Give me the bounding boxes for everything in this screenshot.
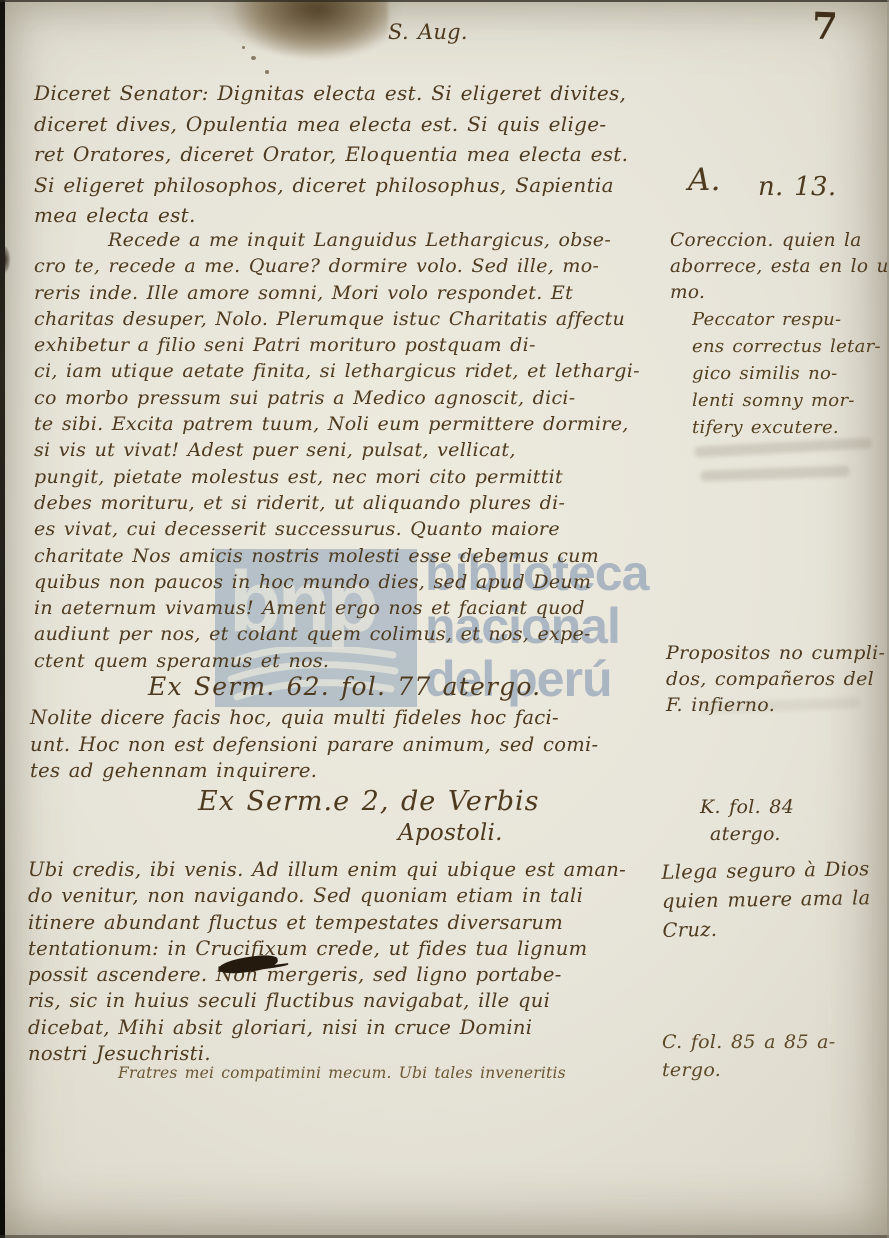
stain-speckle xyxy=(251,56,256,60)
citation-serm-62: Ex Serm. 62. fol. 77 atergo. xyxy=(148,672,541,701)
text-line: quien muere ama la xyxy=(662,883,871,916)
margin-ref-c-fol-85: C. fol. 85 a 85 a-tergo. xyxy=(662,1028,836,1084)
text-line: F. infierno. xyxy=(666,692,885,718)
section-heading-line1: Ex Serm.e 2, de Verbis xyxy=(198,786,540,817)
section-heading-line2: Apostoli. xyxy=(398,820,503,846)
margin-ref-k-fol-84: K. fol. 84atergo. xyxy=(700,794,794,848)
text-line: tergo. xyxy=(662,1056,836,1084)
text-line: charitate Nos amicis nostris molesti ess… xyxy=(34,543,678,569)
text-line: audiunt per nos, et colant quem colimus,… xyxy=(34,621,678,647)
text-line: lenti somny mor- xyxy=(692,387,881,414)
text-line: si vis ut vivat! Adest puer seni, pulsat… xyxy=(34,437,678,463)
text-line: ret Oratores, diceret Orator, Eloquentia… xyxy=(34,139,676,170)
text-line: diceret dives, Opulentia mea electa est.… xyxy=(34,109,676,140)
folio-number: 7 xyxy=(811,4,838,49)
text-line: mo. xyxy=(670,280,889,306)
text-line: tes ad gehennam inquirere. xyxy=(30,758,676,785)
text-line: es vivat, cui decesserit successurus. Qu… xyxy=(34,516,678,542)
text-line: Peccator respu- xyxy=(692,306,881,333)
margin-note-peccator: Peccator respu-ens correctus letar-gico … xyxy=(692,306,881,441)
text-line: itinere abundant fluctus et tempestates … xyxy=(28,910,678,936)
text-line: Ubi credis, ibi venis. Ad illum enim qui… xyxy=(28,857,678,883)
manuscript-page: bnp bibliotecanacionaldel perú S. Aug. 7… xyxy=(0,0,889,1238)
margin-note-propositos: Propositos no cumpli-dos, compañeros del… xyxy=(666,640,885,718)
text-line: Coreccion. quien la xyxy=(670,228,889,254)
text-line: Llega seguro à Dios xyxy=(661,854,870,887)
text-line: atergo. xyxy=(700,821,794,848)
text-line: cro te, recede a me. Quare? dormire volo… xyxy=(34,253,678,279)
text-line: do venitur, non navigando. Sed quoniam e… xyxy=(28,883,678,909)
paragraph-3: Nolite dicere facis hoc, quia multi fide… xyxy=(30,705,676,785)
text-line: Propositos no cumpli- xyxy=(666,640,885,666)
paragraph-1: Diceret Senator: Dignitas electa est. Si… xyxy=(34,78,676,231)
text-line: mea electa est. xyxy=(34,200,676,231)
text-line: tifery excutere. xyxy=(692,414,881,441)
text-line: charitas desuper, Nolo. Plerumque istuc … xyxy=(34,306,678,332)
text-line: C. fol. 85 a 85 a- xyxy=(662,1028,836,1056)
text-line: ctent quem speramus et nos. xyxy=(34,648,678,674)
text-line: in aeternum vivamus! Ament ergo nos et f… xyxy=(34,595,678,621)
text-line: Si eligeret philosophos, diceret philoso… xyxy=(34,170,676,201)
text-line: reris inde. Ille amore somni, Mori volo … xyxy=(34,280,678,306)
text-line: dos, compañeros del xyxy=(666,666,885,692)
text-line: quibus non paucos in hoc mundo dies, sed… xyxy=(34,569,678,595)
text-line: aborrece, esta en lo ulti- xyxy=(670,254,889,280)
page-edge-left xyxy=(0,0,5,1238)
text-line: Recede a me inquit Languidus Lethargicus… xyxy=(34,227,678,253)
margin-ref-letter: A. xyxy=(688,162,721,198)
text-line: K. fol. 84 xyxy=(700,794,794,821)
text-line: ens correctus letar- xyxy=(692,333,881,360)
text-line: exhibetur a filio seni Patri morituro po… xyxy=(34,332,678,358)
bleed-through-text xyxy=(700,465,850,481)
text-line: ris, sic in huius seculi fluctibus navig… xyxy=(28,988,678,1014)
text-line: ci, iam utique aetate finita, si letharg… xyxy=(34,358,678,384)
text-line: co morbo pressum sui patris a Medico agn… xyxy=(34,385,678,411)
text-line: tentationum: in Crucifixum crede, ut fid… xyxy=(28,936,678,962)
text-line: Diceret Senator: Dignitas electa est. Si… xyxy=(34,78,676,109)
margin-ref-number: n. 13. xyxy=(758,172,836,202)
page-header-title: S. Aug. xyxy=(388,20,468,44)
text-line: te sibi. Excita patrem tuum, Noli eum pe… xyxy=(34,411,678,437)
text-line: Cruz. xyxy=(662,912,871,945)
stain-speckle xyxy=(265,70,269,74)
text-line: pungit, pietate molestus est, nec mori c… xyxy=(34,464,678,490)
margin-note-llega-seguro: Llega seguro à Diosquien muere ama laCru… xyxy=(661,854,871,945)
text-line: gico similis no- xyxy=(692,360,881,387)
ink-stain xyxy=(233,0,388,60)
paragraph-4: Ubi credis, ibi venis. Ad illum enim qui… xyxy=(28,857,678,1067)
page-edge-top xyxy=(0,0,889,2)
bottom-annotation: Fratres mei compatimini mecum. Ubi tales… xyxy=(118,1064,566,1082)
stain-speckle xyxy=(242,46,245,49)
text-line: unt. Hoc non est defensioni parare animu… xyxy=(30,732,676,759)
text-line: possit ascendere. Non mergeris, sed lign… xyxy=(28,962,678,988)
margin-note-correccion: Coreccion. quien laaborrece, esta en lo … xyxy=(670,228,889,306)
text-line: dicebat, Mihi absit gloriari, nisi in cr… xyxy=(28,1015,678,1041)
paragraph-2: Recede a me inquit Languidus Lethargicus… xyxy=(34,227,678,674)
text-line: debes morituru, et si riderit, ut aliqua… xyxy=(34,490,678,516)
text-line: Nolite dicere facis hoc, quia multi fide… xyxy=(30,705,676,732)
